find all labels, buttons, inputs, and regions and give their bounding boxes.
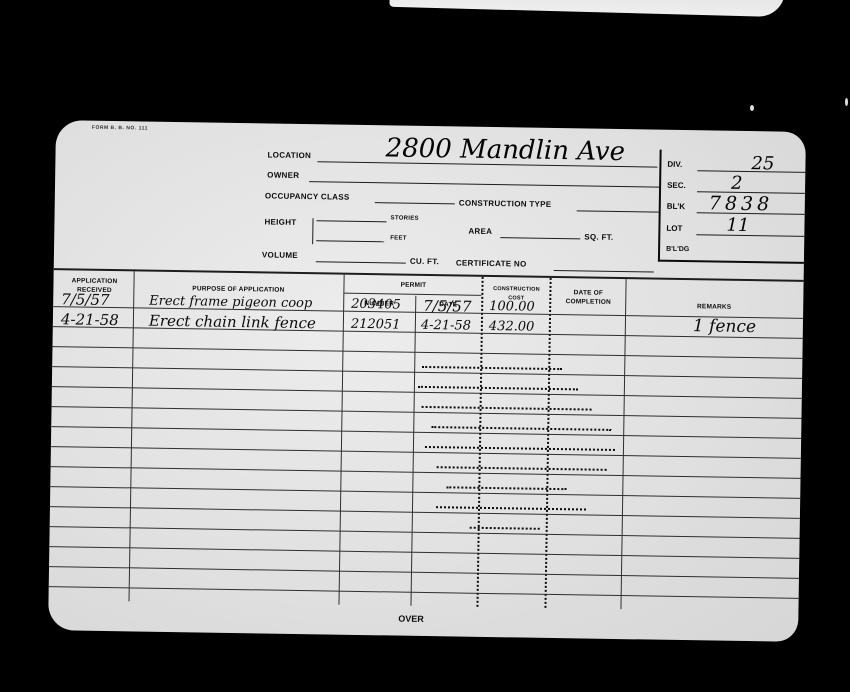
col-divider	[129, 271, 135, 601]
height-brace	[312, 218, 313, 244]
permit-subheader-divider	[343, 293, 481, 296]
permit-date-cell: 7/5/57	[423, 297, 472, 316]
owner-line	[309, 181, 659, 187]
cu-ft-label: CU. FT.	[410, 257, 439, 266]
lot-line	[696, 234, 806, 237]
permit-date-cell: 4-21-58	[421, 318, 471, 334]
volume-line	[316, 261, 406, 263]
sec-label: SEC.	[667, 181, 686, 190]
col-divider	[338, 275, 344, 605]
cost-cell: 100.00	[489, 299, 535, 315]
row-divider	[52, 346, 802, 359]
over-footer: OVER	[398, 614, 424, 624]
certificate-no-line	[554, 270, 654, 273]
purpose-cell: Erect frame pigeon coop	[149, 294, 312, 312]
permit-record-card: FORM B. B. NO. 111 LOCATION 2800 Mandlin…	[48, 120, 806, 642]
row-divider	[49, 566, 799, 579]
received-cell: 4-21-58	[61, 310, 119, 329]
row-divider	[51, 446, 801, 459]
sec-value: 2	[731, 173, 743, 194]
location-value: 2800 Mandlin Ave	[385, 133, 625, 167]
area-line	[500, 237, 580, 239]
lot-label: LOT	[666, 224, 682, 233]
header-permit: PERMIT	[345, 280, 481, 291]
punch-mark	[431, 426, 611, 431]
punch-mark	[422, 406, 592, 411]
col-divider	[544, 278, 551, 608]
punch-mark	[437, 466, 607, 471]
feet-line	[316, 240, 384, 242]
permit-number-cell: 203405	[351, 297, 401, 313]
header-remarks: REMARKS	[629, 301, 799, 313]
punch-mark	[425, 446, 615, 451]
col-divider	[620, 279, 626, 609]
punch-mark	[418, 386, 578, 391]
row-divider	[50, 526, 800, 539]
row-divider	[51, 466, 801, 479]
row-divider	[52, 406, 802, 419]
row-divider	[52, 386, 802, 399]
div-value: 25	[751, 153, 774, 174]
cost-cell: 432.00	[489, 319, 535, 335]
occupancy-class-line	[375, 202, 455, 204]
stories-label: STORIES	[391, 215, 419, 221]
certificate-no-label: CERTIFICATE NO	[456, 258, 527, 268]
row-divider	[49, 546, 799, 559]
feet-label: FEET	[390, 235, 407, 241]
location-label: LOCATION	[267, 150, 311, 160]
permit-number-cell: 212051	[351, 317, 401, 333]
row-divider	[49, 586, 799, 599]
form-number: FORM B. B. NO. 111	[92, 125, 148, 132]
area-label: AREA	[468, 227, 492, 236]
dust-speck	[845, 98, 848, 106]
row-divider	[50, 506, 800, 519]
construction-type-line	[577, 210, 659, 212]
stories-line	[316, 220, 386, 222]
sq-ft-label: SQ. FT.	[584, 232, 613, 241]
received-cell: 7/5/57	[61, 290, 110, 309]
height-label: HEIGHT	[264, 217, 296, 227]
construction-type-label: CONSTRUCTION TYPE	[459, 198, 552, 208]
purpose-cell: Erect chain link fence	[149, 312, 316, 333]
occupancy-class-label: OCCUPANCY CLASS	[265, 191, 350, 201]
lot-info-box: DIV. 25 SEC. 2 BL'K 7838 LOT 11 B'L'DG	[658, 150, 806, 264]
row-divider	[50, 486, 800, 499]
remarks-cell: 1 fence	[693, 316, 756, 337]
punch-mark	[436, 506, 586, 510]
row-divider	[51, 426, 801, 439]
adjacent-card-edge	[389, 0, 785, 17]
owner-label: OWNER	[267, 170, 299, 180]
punch-mark	[470, 527, 540, 530]
permit-history-table: APPLICATION RECEIVED PURPOSE OF APPLICAT…	[49, 268, 804, 612]
div-label: DIV.	[667, 160, 682, 169]
lot-value: 11	[726, 215, 749, 236]
blk-value: 7838	[709, 192, 774, 215]
col-divider	[476, 277, 483, 607]
blk-label: BL'K	[667, 202, 685, 211]
bldg-label: B'L'DG	[666, 246, 689, 253]
punch-mark	[422, 366, 562, 370]
dust-speck	[750, 105, 754, 111]
volume-label: VOLUME	[262, 250, 298, 260]
header-date-of-completion: DATE OF COMPLETION	[553, 288, 623, 307]
